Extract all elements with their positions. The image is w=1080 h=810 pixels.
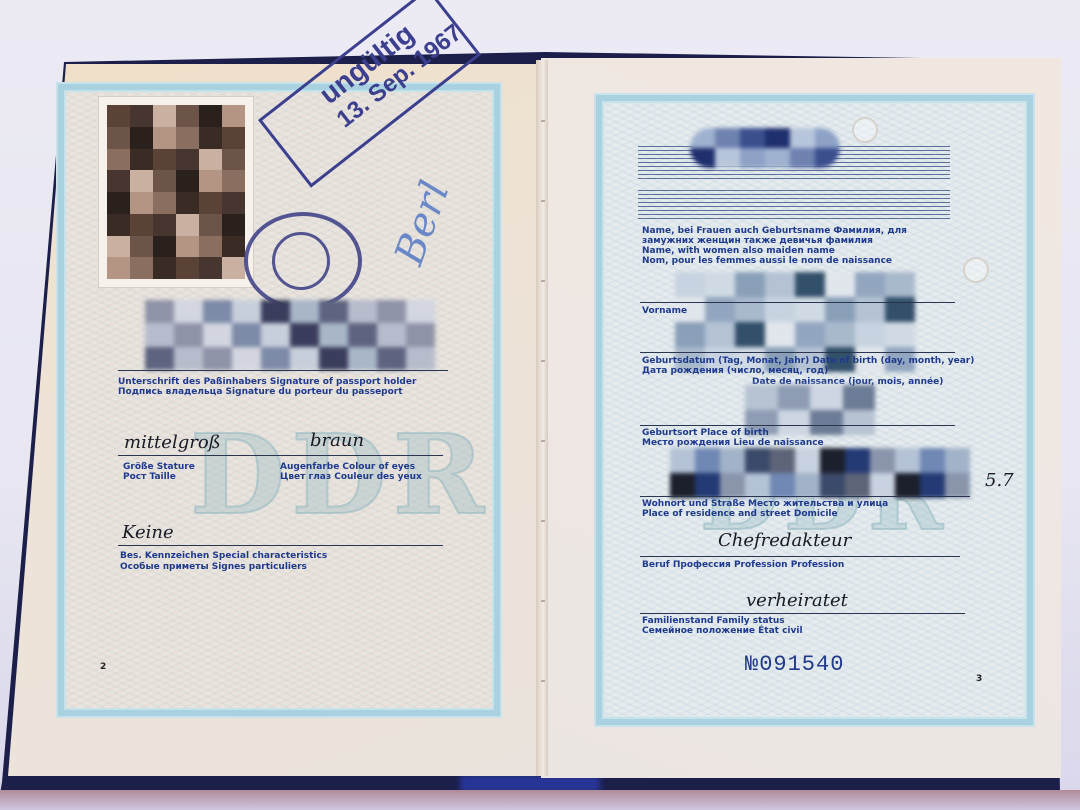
stature-value: mittelgroß [124,432,221,453]
mosaic-cell [406,323,435,346]
mosaic-cell [290,347,319,370]
stature-line [118,455,443,456]
official-seal [244,212,362,310]
place-of-birth-line [640,425,955,426]
mosaic-cell [770,473,795,498]
residence-line [640,496,970,497]
mosaic-cell [745,385,778,410]
mosaic-cell [795,322,825,347]
given-name-line [640,302,955,303]
mosaic-cell [176,127,199,149]
mosaic-cell [675,272,705,297]
mosaic-cell [945,448,970,473]
mosaic-cell [778,385,811,410]
mosaic-cell [203,347,232,370]
residence-house-number: 5.7 [985,470,1014,491]
mosaic-cell [765,322,795,347]
mosaic-cell [222,257,245,279]
stitch-mark [541,680,545,682]
mosaic-cell [920,473,945,498]
mosaic-cell [176,192,199,214]
stitch-mark [541,520,545,522]
mosaic-cell [199,214,222,236]
mosaic-cell [153,192,176,214]
mosaic-cell [795,448,820,473]
mosaic-cell [199,149,222,171]
mosaic-cell [145,347,174,370]
mosaic-cell [176,214,199,236]
mosaic-cell [174,300,203,323]
mosaic-cell [778,410,811,435]
mosaic-cell [153,149,176,171]
mosaic-cell [675,322,705,347]
page-number-left: 2 [100,662,106,672]
mosaic-cell [870,473,895,498]
place-of-birth-label-1: Geburtsort Place of birth [642,428,769,438]
family-status-label-1: Familienstand Family status [642,616,785,626]
mosaic-cell [199,105,222,127]
mosaic-cell [895,448,920,473]
mosaic-cell [319,300,348,323]
mosaic-cell [670,448,695,473]
mosaic-cell [130,214,153,236]
mosaic-cell [174,347,203,370]
mosaic-cell [107,127,130,149]
mosaic-cell [232,323,261,346]
stitch-mark [541,280,545,282]
mosaic-cell [153,214,176,236]
mosaic-cell [845,473,870,498]
mosaic-cell [319,347,348,370]
mosaic-cell [130,149,153,171]
surname-label-4: Nom, pour les femmes aussi le nom de nai… [642,256,892,266]
mosaic-cell [770,448,795,473]
mosaic-cell [745,473,770,498]
page-number-right: 3 [976,674,982,684]
signature-label-1: Unterschrift des Paßinhabers Signature o… [118,377,416,387]
mosaic-cell [203,323,232,346]
mosaic-cell [810,410,843,435]
mosaic-cell [130,192,153,214]
mosaic-cell [145,323,174,346]
signature-pixelated [145,300,435,370]
mosaic-cell [705,322,735,347]
surname-label-3: Name, with women also maiden name [642,246,835,256]
mosaic-cell [406,347,435,370]
mosaic-cell [720,448,745,473]
passport-serial-number: №091540 [745,652,844,677]
mosaic-cell [790,148,815,168]
mosaic-cell [232,300,261,323]
mosaic-cell [870,448,895,473]
special-characteristics-value: Keine [122,522,174,543]
mosaic-cell [153,127,176,149]
mosaic-cell [290,300,319,323]
mosaic-cell [670,473,695,498]
mosaic-cell [107,105,130,127]
signature-label-2: Подпись владельца Signature du porteur d… [118,387,403,397]
mosaic-cell [705,297,735,322]
eye-colour-label-2: Цвет глаз Couleur des yeux [280,472,422,482]
mosaic-cell [222,192,245,214]
mosaic-cell [199,192,222,214]
mosaic-cell [222,236,245,258]
mosaic-cell [199,257,222,279]
mosaic-cell [199,127,222,149]
date-of-birth-line [640,352,955,353]
mosaic-cell [107,236,130,258]
mosaic-cell [377,347,406,370]
mosaic-cell [153,257,176,279]
mosaic-cell [945,473,970,498]
surname-label-2: замужних женщин также девичья фамилия [642,236,873,246]
mosaic-cell [107,170,130,192]
mosaic-cell [825,322,855,347]
mosaic-cell [695,448,720,473]
profession-value: Chefredakteur [718,530,851,551]
special-characteristics-label-1: Bes. Kennzeichen Special characteristics [120,551,327,561]
mosaic-cell [820,473,845,498]
mosaic-cell [203,300,232,323]
special-characteristics-label-2: Особые приметы Signes particuliers [120,562,307,572]
profession-label: Beruf Профессия Profession Profession [642,560,844,570]
mosaic-cell [176,257,199,279]
mosaic-cell [199,236,222,258]
mosaic-cell [222,170,245,192]
mosaic-cell [153,105,176,127]
mosaic-cell [130,257,153,279]
mosaic-cell [107,192,130,214]
mosaic-cell [843,410,876,435]
punch-hole [963,257,989,283]
surname-pixelated [690,128,840,168]
mosaic-cell [810,385,843,410]
book-gutter [536,60,548,776]
mosaic-cell [348,323,377,346]
mosaic-cell [735,322,765,347]
mosaic-cell [765,148,790,168]
mosaic-cell [885,272,915,297]
mosaic-cell [855,272,885,297]
table-surface [0,790,1080,810]
surname-label-1: Name, bei Frauen auch Geburtsname Фамили… [642,226,907,236]
stature-label-1: Größe Stature [123,462,195,472]
mosaic-cell [825,272,855,297]
mosaic-cell [795,272,825,297]
mosaic-cell [885,297,915,322]
mosaic-cell [895,473,920,498]
mosaic-cell [820,448,845,473]
mosaic-cell [130,236,153,258]
stitch-mark [541,600,545,602]
mosaic-cell [290,323,319,346]
mosaic-cell [261,347,290,370]
residence-pixelated [670,448,970,498]
mosaic-cell [222,149,245,171]
mosaic-cell [377,300,406,323]
mosaic-cell [715,148,740,168]
mosaic-cell [855,297,885,322]
mosaic-cell [406,300,435,323]
mosaic-cell [130,127,153,149]
mosaic-cell [745,448,770,473]
eye-colour-value: braun [310,430,364,451]
mosaic-cell [715,128,740,148]
stitch-mark [541,120,545,122]
mosaic-cell [740,128,765,148]
mosaic-cell [795,297,825,322]
mosaic-cell [176,170,199,192]
mosaic-cell [176,105,199,127]
residence-label-1: Wohnort und Straße Место жительства и ул… [642,499,888,509]
mosaic-cell [740,148,765,168]
passport-photo [98,96,254,288]
mosaic-cell [153,170,176,192]
signature-line [118,370,448,371]
mosaic-cell [845,448,870,473]
special-characteristics-line [118,545,443,546]
mosaic-cell [348,347,377,370]
mosaic-cell [825,297,855,322]
mosaic-cell [885,322,915,347]
mosaic-cell [130,170,153,192]
mosaic-cell [199,170,222,192]
mosaic-cell [765,272,795,297]
mosaic-cell [855,322,885,347]
given-name-label: Vorname [642,306,687,316]
date-of-birth-label-2: Дата рождения (число, месяц, год) [642,366,828,376]
mosaic-cell [232,347,261,370]
mosaic-cell [261,300,290,323]
cancelled-hatching [638,190,950,222]
stitch-mark [541,360,545,362]
photo-pixelated [107,105,245,279]
mosaic-cell [920,448,945,473]
mosaic-cell [765,128,790,148]
mosaic-cell [705,272,735,297]
mosaic-cell [720,473,745,498]
mosaic-cell [107,214,130,236]
place-of-birth-label-2: Место рождения Lieu de naissance [642,438,824,448]
mosaic-cell [735,297,765,322]
mosaic-cell [790,128,815,148]
date-of-birth-label-1: Geburtsdatum (Tag, Monat, Jahr) Date of … [642,356,974,366]
mosaic-cell [843,385,876,410]
mosaic-cell [176,236,199,258]
mosaic-cell [319,323,348,346]
residence-label-2: Place of residence and street Domicile [642,509,838,519]
mosaic-cell [795,473,820,498]
mosaic-cell [222,127,245,149]
family-status-value: verheiratet [746,590,848,611]
family-status-label-2: Семейное положение État civil [642,626,803,636]
mosaic-cell [107,149,130,171]
mosaic-cell [174,323,203,346]
mosaic-cell [261,323,290,346]
mosaic-cell [222,105,245,127]
stature-label-2: Рост Taille [123,472,176,482]
mosaic-cell [695,473,720,498]
mosaic-cell [145,300,174,323]
mosaic-cell [377,323,406,346]
mosaic-cell [130,105,153,127]
stitch-mark [541,200,545,202]
mosaic-cell [107,257,130,279]
family-status-line [640,613,965,614]
mosaic-cell [153,236,176,258]
stitch-mark [541,440,545,442]
profession-line [640,556,960,557]
mosaic-cell [176,149,199,171]
punch-hole [852,117,878,143]
mosaic-cell [222,214,245,236]
mosaic-cell [348,300,377,323]
mosaic-cell [765,297,795,322]
eye-colour-label-1: Augenfarbe Colour of eyes [280,462,415,472]
mosaic-cell [735,272,765,297]
